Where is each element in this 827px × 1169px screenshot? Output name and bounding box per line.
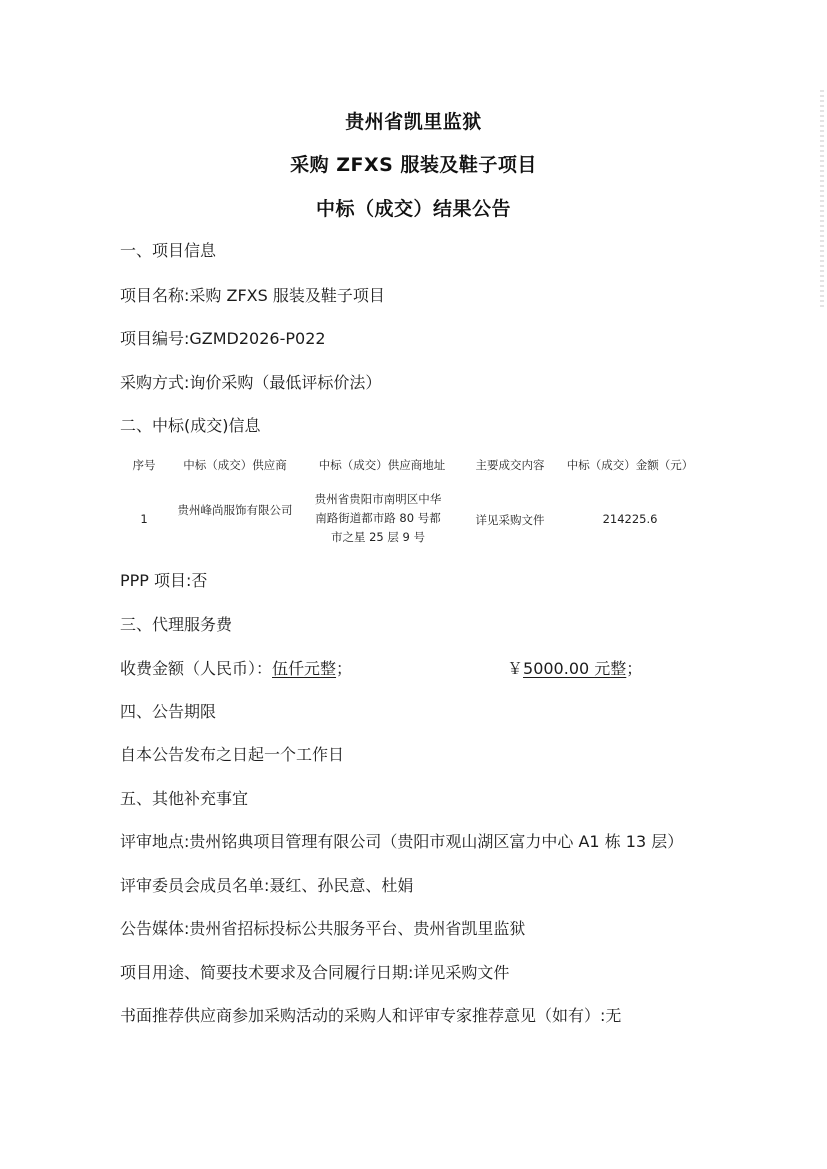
- procurement-method: 采购方式:询价采购（最低评标价法）: [120, 370, 381, 393]
- section4-heading: 四、公告期限: [120, 699, 216, 722]
- project-name: 项目名称:采购 ZFXS 服装及鞋子项目: [120, 283, 385, 306]
- project-number: 项目编号:GZMD2026-P022: [120, 326, 326, 349]
- review-location: 评审地点:贵州铭典项目管理有限公司（贵阳市观山湖区富力中心 A1 栋 13 层）: [120, 829, 683, 852]
- fee-words: 伍仟元整: [272, 659, 336, 678]
- fee-number: 5000.00 元整: [523, 659, 626, 678]
- announcement-media: 公告媒体:贵州省招标投标公共服务平台、贵州省凯里监狱: [120, 916, 525, 939]
- section2-heading: 二、中标(成交)信息: [120, 413, 261, 436]
- ppp-project: PPP 项目:否: [120, 568, 207, 591]
- announcement-period: 自本公告发布之日起一个工作日: [120, 742, 344, 765]
- table-header-supplier: 中标（成交）供应商: [172, 457, 298, 473]
- row-content: 详见采购文件: [464, 512, 556, 528]
- fee-end: ；: [626, 659, 642, 678]
- fee-amount-line: 收费金额（人民币）：伍仟元整；: [120, 656, 352, 679]
- currency-symbol: ￥: [507, 659, 523, 678]
- table-header-amount: 中标（成交）金额（元）: [560, 457, 700, 473]
- recommendation-opinion: 书面推荐供应商参加采购活动的采购人和评审专家推荐意见（如有）:无: [120, 1003, 621, 1026]
- table-header-index: 序号: [120, 457, 168, 473]
- table-header-address: 中标（成交）供应商地址: [306, 457, 458, 473]
- project-usage: 项目用途、简要技术要求及合同履行日期:详见采购文件: [120, 960, 509, 983]
- committee-members: 评审委员会成员名单:聂红、孙民意、杜娟: [120, 873, 413, 896]
- title-announcement: 中标（成交）结果公告: [0, 194, 827, 221]
- section3-heading: 三、代理服务费: [120, 612, 232, 635]
- row-amount: 214225.6: [560, 512, 700, 526]
- section1-heading: 一、项目信息: [120, 238, 216, 261]
- fee-label: 收费金额（人民币）：: [120, 659, 272, 678]
- title-project: 采购 ZFXS 服装及鞋子项目: [0, 150, 827, 177]
- fee-number-line: ￥5000.00 元整；: [507, 656, 642, 679]
- table-header-content: 主要成交内容: [464, 457, 556, 473]
- document-page: 贵州省凯里监狱 采购 ZFXS 服装及鞋子项目 中标（成交）结果公告 一、项目信…: [0, 0, 827, 1169]
- row-index: 1: [120, 512, 168, 526]
- title-organization: 贵州省凯里监狱: [0, 107, 827, 134]
- row-address: 贵州省贵阳市南明区中华南路街道都市路 80 号都市之星 25 层 9 号: [312, 490, 444, 547]
- section5-heading: 五、其他补充事宜: [120, 786, 248, 809]
- fee-separator: ；: [336, 659, 352, 678]
- row-supplier: 贵州峰尚服饰有限公司: [175, 501, 295, 520]
